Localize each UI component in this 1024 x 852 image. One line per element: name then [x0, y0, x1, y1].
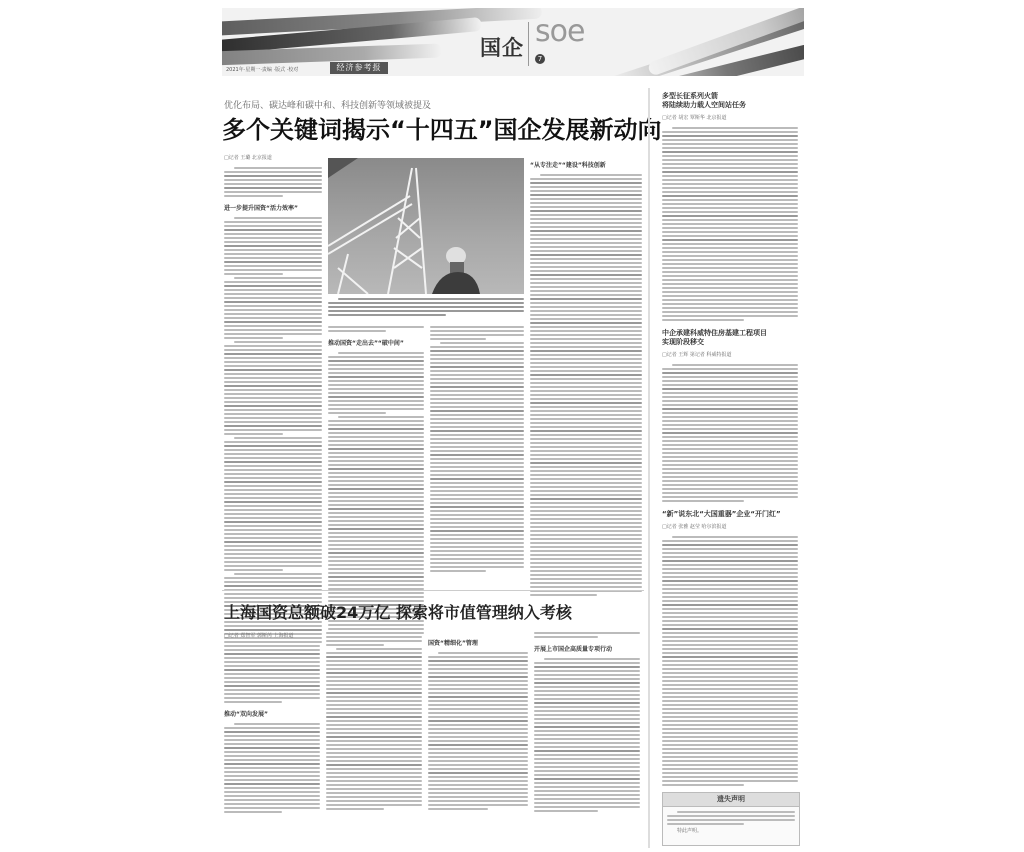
lead-byline: □记者 王璐 北京报道 [224, 154, 322, 161]
notice-sign: 特此声明。 [677, 827, 795, 834]
right-byline-2: □记者 王辉 第记者 科威特报道 [662, 351, 798, 358]
section-divider [528, 22, 529, 66]
newspaper-page: 国企 soe 7 2021年·星期一·责编 ·版式 ·校对 经济参考报 优化布局… [222, 8, 804, 848]
section-title: 国企 [480, 32, 524, 62]
lead-headline: 多个关键词揭示“十四五”国企发展新动向 [222, 110, 662, 145]
right-column: 多型长征系列火箭 将陆续助力载人空间站任务 □记者 胡宏 覃斯华 北京报道 中企… [662, 88, 798, 788]
article-divider [222, 590, 644, 591]
dateline: 2021年·星期一·责编 ·版式 ·校对 [226, 66, 298, 73]
lead-subhead-3: “从专注走”“建设”科技创新 [530, 160, 642, 169]
column-rule [648, 88, 650, 848]
lead-column-1: □记者 王璐 北京报道 进一步提升国资“活力效率” [224, 154, 322, 649]
masthead-banner: 国企 soe 7 2021年·星期一·责编 ·版式 ·校对 经济参考报 [222, 8, 804, 76]
power-tower-worker-photo [328, 158, 524, 294]
second-subhead-3: 开展上市国企高质量专项行动 [534, 644, 640, 653]
right-headline-2: 中企承建科威特住房基建工程项目 实现阶段移交 [662, 329, 798, 347]
loss-notice-box: 遗失声明 特此声明。 [662, 792, 800, 846]
second-column-1: □记者 郑智军 郭斯芮 上海报道 推动“双向发展” [224, 632, 320, 815]
lead-column-3 [430, 326, 524, 574]
photo-caption [328, 298, 524, 318]
second-subhead-2: 国资“精细化”管理 [428, 638, 528, 647]
newspaper-logo: 经济参考报 [330, 62, 388, 74]
second-headline: 上海国资总额破24万亿 探索将市值管理纳入考核 [224, 600, 572, 623]
second-subhead-1: 推动“双向发展” [224, 709, 320, 718]
notice-title: 遗失声明 [663, 793, 799, 807]
right-byline-1: □记者 胡宏 覃斯华 北京报道 [662, 114, 798, 121]
page-number-badge: 7 [535, 54, 545, 64]
second-byline: □记者 郑智军 郭斯芮 上海报道 [224, 632, 320, 639]
right-byline-3: □记者 张雅 赵莹 哈尔滨报道 [662, 523, 798, 530]
lead-column-4: “从专注走”“建设”科技创新 [530, 154, 642, 598]
right-headline-1: 多型长征系列火箭 将陆续助力载人空间站任务 [662, 92, 798, 110]
section-en-label: soe [535, 14, 584, 49]
lead-column-2: 推动国资“走出去”“破中间” [328, 326, 424, 640]
lead-subhead-2: 推动国资“走出去”“破中间” [328, 338, 424, 347]
second-column-4: 开展上市国企高质量专项行动 [534, 632, 640, 814]
lead-subhead-1: 进一步提升国资“活力效率” [224, 203, 322, 212]
second-column-3: 国资“精细化”管理 [428, 632, 528, 812]
right-headline-3: “新”说东北“大国重器”企业“开门红” [662, 510, 798, 519]
second-column-2 [326, 632, 422, 812]
